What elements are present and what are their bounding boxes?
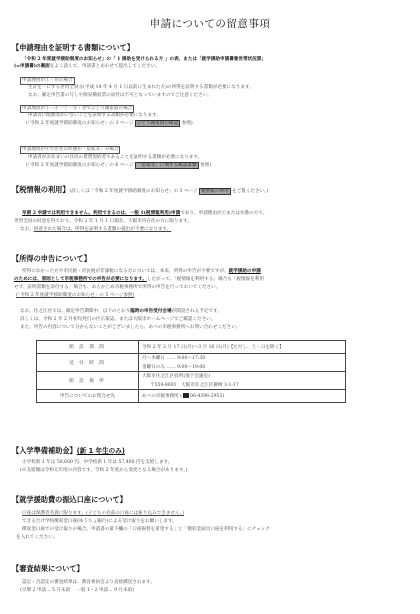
phone-icon: [183, 393, 189, 398]
page-title: 申請についての留意事項: [0, 16, 420, 31]
heading-result: 【審査結果について】: [12, 564, 84, 574]
tag-single-parent: ひとり親家庭の確認: [135, 120, 180, 127]
account-line1: 口座は保護者名義に限ります。(子どもの名前の口座には振り込みできません。): [22, 511, 184, 517]
declaration-venue-table: 開 設 期 間 令和 2 年 2 月 17 日(月)～3 月 16 日(月)【た…: [36, 340, 346, 403]
case1-line1: 生計を一にする世帯全員分(平成 14 年 4 月 1 日以前に生まれた方)の所得…: [28, 85, 254, 91]
result-line1: 認定・否認定の審査結果は、教育委員会より直接郵送されます。: [22, 580, 155, 586]
income-line6: 詳しくは、令和 2 年 2 月初旬発行の区広報誌、または大阪市ホームページでご確…: [20, 317, 215, 323]
tag-tax-info: 税情報の利用: [199, 188, 231, 195]
table-row-period: 開 設 期 間 令和 2 年 2 月 17 日(月)～3 月 16 日(月)【た…: [37, 341, 346, 354]
account-line2: できるだけ学校徴収金口座(ゆうちょ銀行)による受け取りをお願いします。: [22, 519, 177, 525]
heading-documents: 【申請理由を証明する書類について】: [12, 43, 134, 53]
income-line1: 所得のなかった方や市民税・府民税が非課税になる方については、本来、所得の申告が不…: [22, 269, 261, 275]
case2-label: 申請理由が①・④・⑦・⑧・⑩でひとり親家庭の場合: [20, 105, 134, 113]
tax-line1: 早期 2 申請では利用できません。利用できるのは、一般 1(税情報利用)申請であ…: [22, 211, 267, 217]
case3-line1: 申請者がお住まいの住居の賃貸契約者であることを証明する書類が必要になります。: [28, 155, 202, 161]
document-page: 申請についての留意事項 【申請理由を証明する書類について】 「令和 2 年度就学…: [0, 0, 420, 614]
income-line4: (「令和 2 年度就学援助制度のお知らせ」の 5 ページ参照): [16, 293, 134, 299]
heading-tax: 【税情報の利用】(詳しくは「令和 2 年度就学援助制度のお知らせ」の 3 ページ…: [12, 185, 268, 195]
case2-line2: (「令和 2 年度就学援助制度のお知らせ」の 3 ページ ひとり親家庭の確認 参…: [26, 121, 193, 127]
heading-account: 【就学援助費の振込口座について】: [12, 495, 127, 505]
tax-line3: なお、同意された場合は、所得を証明する書類の提出が不要になります。: [20, 227, 171, 233]
income-line2: のためには、原則として市税事務所での申告が必要になります。したがって、「税情報を…: [14, 277, 264, 283]
income-line5: なお、住之江区では、確定申告期間中、以下のとおり臨時の申告受付会場が開設される予…: [20, 309, 222, 315]
account-line3: 徴収金口座での受け取りの場合、申請書の最下欄の「口座振替を希望する」と「徴収金届…: [22, 527, 270, 533]
heading-entrance-prep: 【入学準備補助金】(新 1 年生のみ): [12, 445, 125, 456]
docs-intro-2: (=申請書)の裏面をよく読んで、申請書とあわせて提出してください。: [14, 64, 160, 70]
case3-line2: (「令和 2 年度就学援助制度のお知らせ」の 6 ページ 「借家等」に関する確認…: [26, 163, 211, 169]
result-line2: (早期 2 申請… 5 月末頃 一般 1・2 申請… 9 月末頃): [20, 588, 134, 594]
case3-label: 申請理由が⑨で住宅の形態が「借家等」の場合: [20, 146, 120, 154]
case1-line2: なお、確定申告書の写しや源泉徴収票の添付は不可となっていますのでご注意ください。: [28, 93, 212, 99]
prep-line2: (※支給額は令和元年度の内容です。令和 2 年度から変更となる場合があります。): [20, 468, 187, 474]
table-row-place: 開 設 場 所 大阪市住之江区役所(地下会議室) 〒559-8601 大阪市住之…: [37, 372, 346, 390]
income-line7: また、申告の内容について分からないことがございましたら、あべの市税事務所へお問い…: [20, 325, 240, 331]
case1-label: 申請理由が①・⑩の場合: [20, 77, 75, 85]
docs-intro-1: 「令和 2 年度就学援助制度のお知らせ」の「 1 援助を受けられる方 」の表、ま…: [22, 57, 266, 63]
prep-line1: 小学校新 1 年は 50,600 円、中学校新 1 年は 57,400 円を支給…: [22, 460, 172, 466]
account-line4: を入れてください。: [16, 535, 57, 541]
tag-rental: 「借家等」に関する確認書類: [135, 162, 199, 169]
tax-line2: 世帯全員の同意を得ており、令和 2 年 1 月 1 日現在、大阪市内在住の方に限…: [14, 219, 192, 225]
table-row-contact: 申告についてのお問合せ先 あべの市税事務所 (06-4396-2953): [37, 390, 346, 403]
table-row-hours: 受 付 時 間 月～木曜日 …… 9:00～17:30 金曜日のみ …… 9:0…: [37, 354, 346, 372]
income-line3: せず、証明書類を添付する」場合も、あらかじめ市税事務所で所得の申告を行っておいて…: [14, 285, 220, 291]
heading-income: 【所得の申告について】: [12, 254, 91, 264]
case2-line1: 申請者に配偶者がいないことを証明する書類が必要になります。: [28, 113, 161, 119]
